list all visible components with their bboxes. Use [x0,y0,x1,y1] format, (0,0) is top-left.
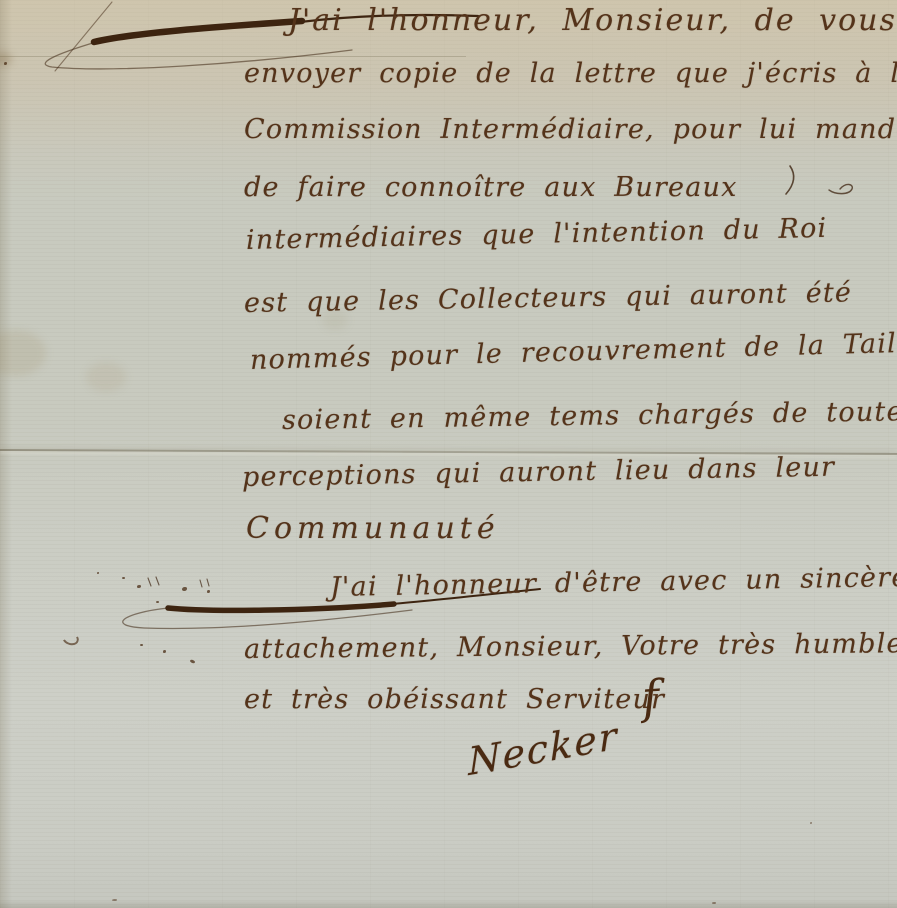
letter-line: perceptions qui auront lieu dans leur [242,454,836,491]
signature: Necker [467,713,619,784]
ink-speck [156,601,159,603]
ink-speck [810,822,812,824]
ink-speck [140,644,143,646]
ink-speck [163,650,166,653]
letter-line: est que les Collecteurs qui auront été [244,279,853,317]
stain [86,362,126,392]
fold-crease-faint [0,56,466,57]
pen-tick-marks [148,577,209,587]
pen-flourish-closing [168,604,394,610]
letter-line: nommés pour le recouvrement de la Taille… [250,329,897,374]
pen-mark-paren [786,166,794,194]
stain [0,330,46,376]
ink-speck [190,659,196,664]
ink-speck [207,590,210,593]
letter-line: J'ai l'honneur d'être avec un sincère [330,564,897,601]
ink-speck [137,585,141,588]
ink-speck [97,572,99,574]
letter-line: et très obéissant Serviteur [244,686,665,713]
paper-bottom-edge-shadow [0,900,897,908]
letter-line: attachement, Monsieur, Votre très humble [244,630,897,663]
paper-left-edge-shadow [0,0,12,908]
letter-line: envoyer copie de la lettre que j'écris à… [244,60,897,87]
ink-speck [182,587,187,591]
letter-line: de faire connoître aux Bureaux [244,174,738,201]
letter-line: soient en même tems chargés de toutes le… [282,397,897,434]
letter-page: J'ai l'honneur, Monsieur, de vous envoye… [0,0,897,908]
pen-flourish-closing [123,608,412,629]
letter-line: intermédiaires que l'intention du Roi [246,215,828,254]
letter-line: J'ai l'honneur, Monsieur, de vous [288,6,897,36]
letter-line: Communauté [246,514,500,544]
paraphe-mark: f [640,669,661,724]
ink-speck [712,902,716,904]
pen-mark-e [829,184,852,193]
ink-speck [122,577,125,579]
letter-line: Commission Intermédiaire, pour lui mande… [244,116,897,143]
ink-speck [60,629,80,647]
